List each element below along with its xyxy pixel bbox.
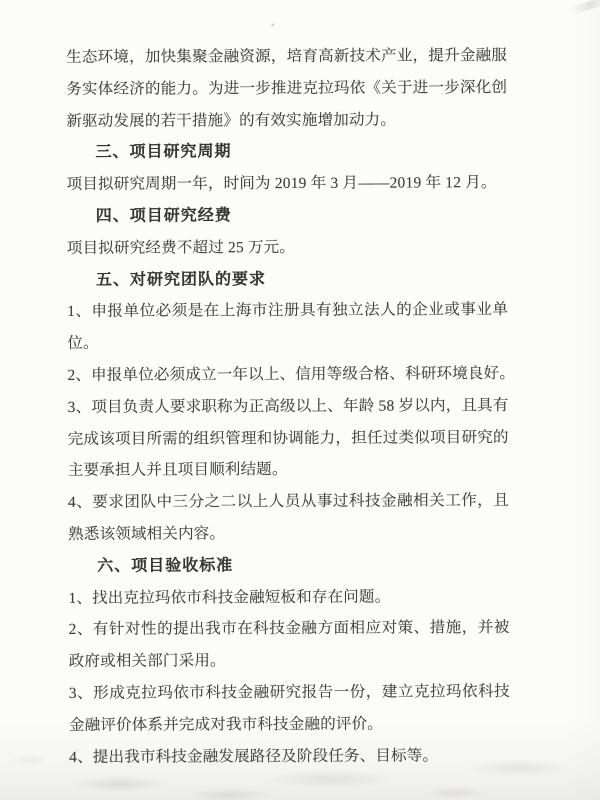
section-heading-research-period: 三、项目研究周期 [66,135,507,169]
numbered-item-line: 3、形成克拉玛依市科技金融研究报告一份，建立克拉玛依科技 [69,676,510,710]
body-line: 主要承担人并且项目顺利结题。 [68,453,509,487]
body-line: 熟悉该领域相关内容。 [68,517,509,551]
body-line: 新驱动发展的若干措施》的有效实施增加动力。 [66,104,507,138]
body-line: 完成该项目所需的组织管理和协调能力，担任过类似项目研究的 [68,422,509,456]
numbered-item-line: 4、提出我市科技金融发展路径及阶段任务、目标等。 [69,740,510,774]
body-line: 金融评价体系并完成对我市科技金融的评价。 [69,708,510,742]
body-line: 位。 [67,326,508,360]
body-line: 务实体经济的能力。为进一步推进克拉玛依《关于进一步深化创 [66,72,507,106]
body-line: 生态环境，加快集聚金融资源，培育高新技术产业，提升金融服 [66,40,507,74]
section-heading-acceptance-criteria: 六、项目验收标准 [68,549,509,583]
numbered-item-line: 1、找出克拉玛依市科技金融短板和存在问题。 [68,581,509,615]
body-line: 项目拟研究经费不超过 25 万元。 [67,231,508,265]
numbered-item-line: 2、有针对性的提出我市在科技金融方面相应对策、措施，并被 [68,612,509,646]
numbered-item-line: 4、要求团队中三分之二以上人员从事过科技金融相关工作，且 [68,485,509,519]
section-heading-research-budget: 四、项目研究经费 [67,199,508,233]
numbered-item-line: 3、项目负责人要求职称为正高级以上、年龄 58 岁以内，且具有 [68,390,509,424]
body-line: 项目拟研究周期一年，时间为 2019 年 3 月——2019 年 12 月。 [67,167,508,201]
body-line: 政府或相关部门采用。 [69,644,510,678]
document-text-block: 生态环境，加快集聚金融资源，培育高新技术产业，提升金融服 务实体经济的能力。为进… [66,40,510,773]
scanned-document-page: { "page": { "paper_color": "#fcfcfa", "i… [0,0,600,800]
numbered-item-line: 1、申报单位必须是在上海市注册具有独立法人的企业或事业单 [67,294,508,328]
numbered-item-line: 2、申报单位必须成立一年以上、信用等级合格、科研环境良好。 [67,358,508,392]
section-heading-team-requirements: 五、对研究团队的要求 [67,263,508,297]
